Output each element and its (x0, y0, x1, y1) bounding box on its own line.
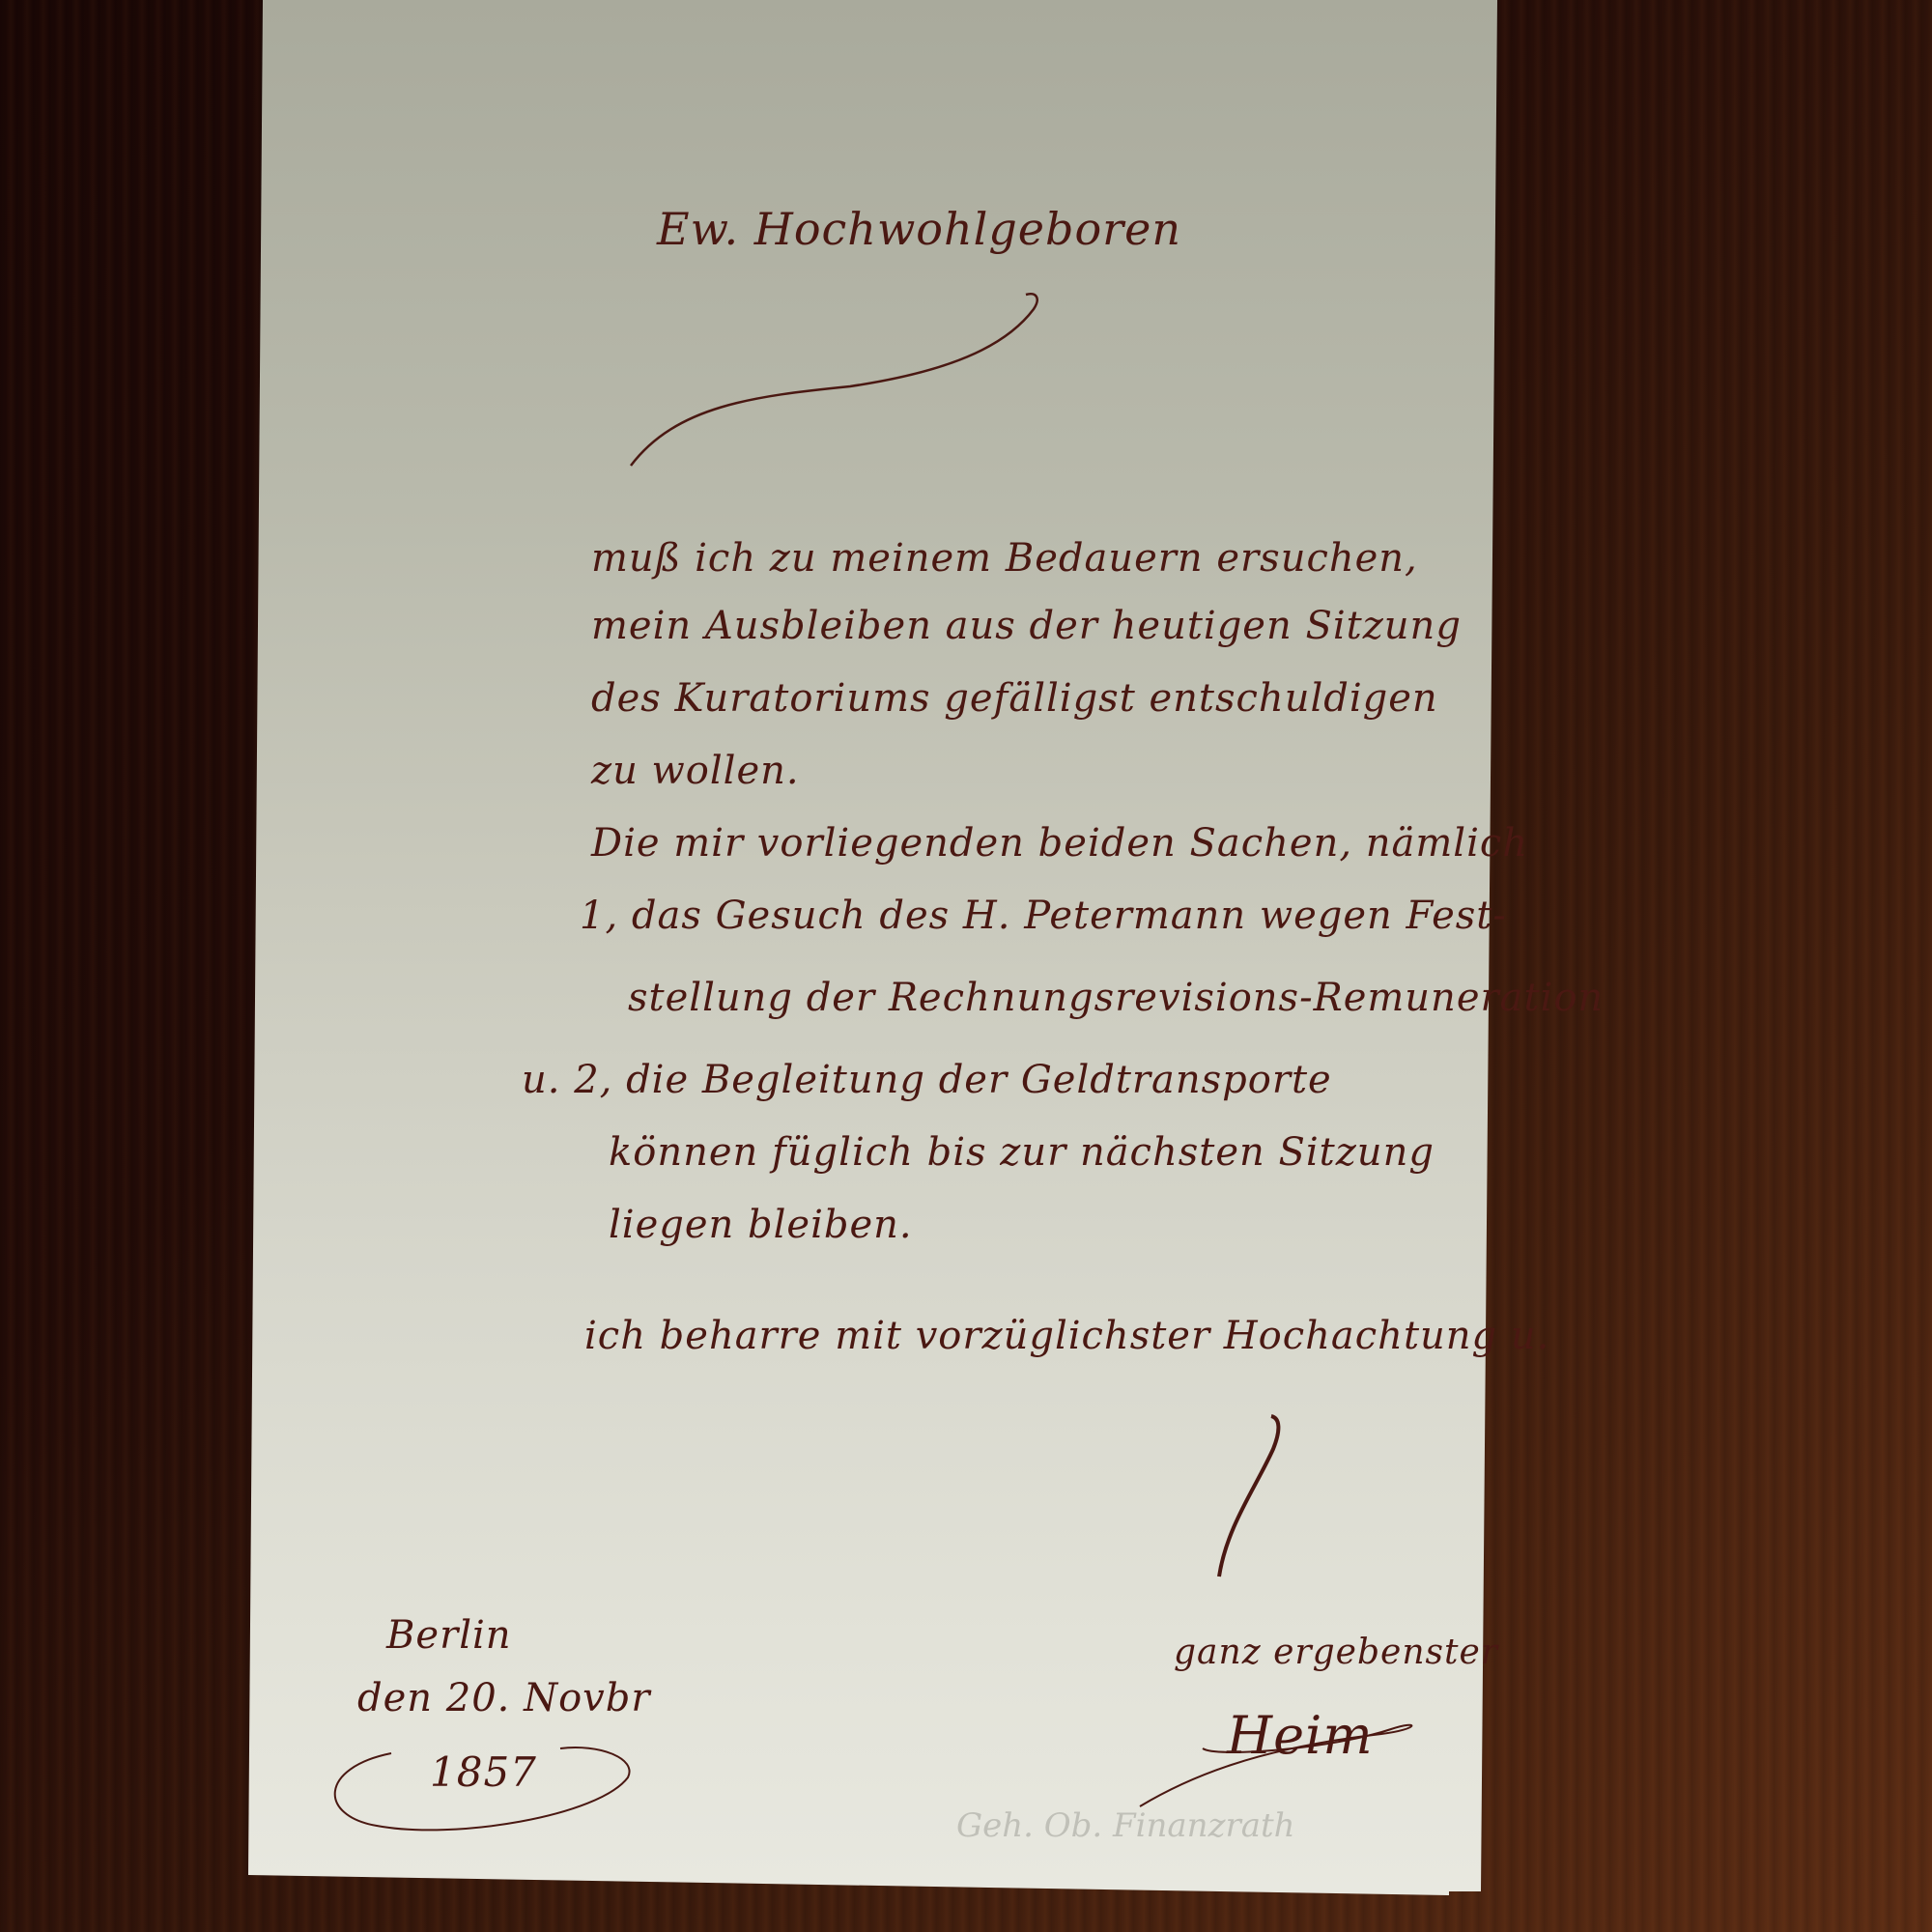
salutation-flourish (631, 294, 1037, 466)
body-line: können füglich bis zur nächsten Sitzung (609, 1130, 1435, 1175)
complimentary-close: ganz ergebenster (1174, 1633, 1498, 1672)
body-line: des Kuratoriums gefälligst entschuldigen (591, 676, 1438, 721)
pencil-annotation: Geh. Ob. Finanzrath (956, 1806, 1295, 1845)
body-line: Die mir vorliegenden beiden Sachen, näml… (591, 821, 1528, 866)
body-line: liegen bleiben. (609, 1203, 913, 1247)
body-line: zu wollen. (591, 749, 800, 793)
signature: Heim (1227, 1705, 1374, 1766)
body-line: muß ich zu meinem Bedauern ersuchen, (591, 536, 1418, 581)
body-line: stellung der Rechnungsrevisions-Remunera… (628, 976, 1604, 1020)
body-line: mein Ausbleiben aus der heutigen Sitzung (591, 604, 1462, 648)
body-line: u. 2, die Begleitung der Geldtransporte (522, 1058, 1332, 1102)
closing-line: ich beharre mit vorzüglichster Hochachtu… (584, 1314, 1549, 1358)
pen-flourishes (0, 0, 1932, 1932)
signature-flourish-stroke (1219, 1416, 1278, 1577)
body-line: 1, das Gesuch des H. Petermann wegen Fes… (580, 894, 1507, 938)
place-name: Berlin (386, 1613, 512, 1658)
date-line: den 20. Novbr (357, 1676, 651, 1720)
salutation: Ew. Hochwohlgeboren (657, 203, 1181, 255)
year: 1857 (430, 1748, 537, 1796)
